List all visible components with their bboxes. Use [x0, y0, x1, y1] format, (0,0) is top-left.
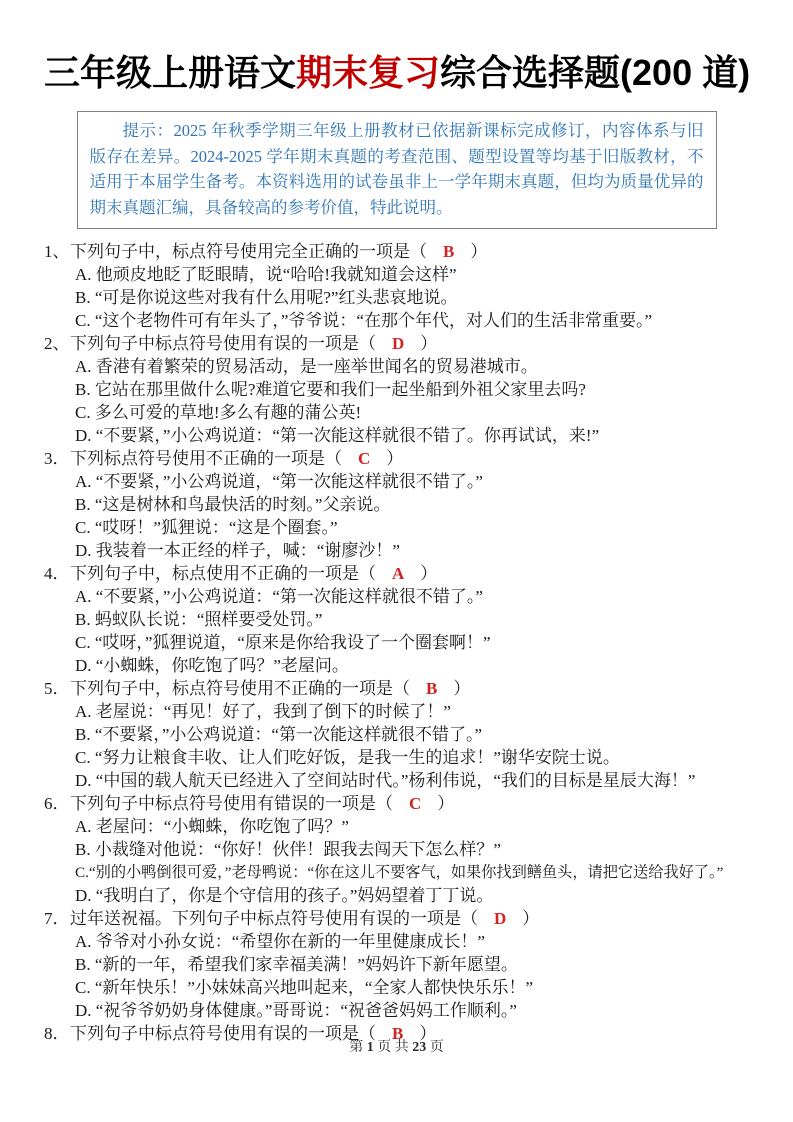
question-option: C. “哎呀！”狐狸说：“这是个圈套。”: [44, 516, 749, 539]
question-stem-close: ）: [386, 449, 403, 468]
footer-page-number: 1: [367, 1040, 374, 1055]
question-number: 4．: [44, 562, 70, 585]
question-stem-close: ）: [470, 242, 487, 261]
question-number: 5．: [44, 677, 70, 700]
question-option: A. 老屋说：“再见！好了，我到了倒下的时候了！”: [44, 700, 749, 723]
question-stem-text: 下列句子中标点符号使用有错误的一项是（: [70, 794, 393, 813]
question-option: B. “新的一年，希望我们家幸福美满！”妈妈许下新年愿望。: [44, 953, 749, 976]
question-option: A. 爷爷对小孙女说：“希望你在新的一年里健康成长！”: [44, 930, 749, 953]
title-prefix: 三年级上册语文: [44, 52, 296, 93]
question-stem-text: 过年送祝福。下列句子中标点符号使用有误的一项是（: [70, 909, 478, 928]
notice-box: 提示：2025 年秋季学期三年级上册教材已依据新课标完成修订，内容体系与旧版存在…: [77, 111, 717, 229]
question-option: A. “不要紧，”小公鸡说道：“第一次能这样就很不错了。”: [44, 585, 749, 608]
question-option: D. “不要紧，”小公鸡说道：“第一次能这样就很不错了。你再试试，来!”: [44, 424, 749, 447]
question-stem-text: 下列句子中，标点使用不正确的一项是（: [70, 564, 376, 583]
question-option: B. “可是你说这些对我有什么用呢?”红头悲哀地说。: [44, 286, 749, 309]
question-options: A. 香港有着繁荣的贸易活动，是一座举世闻名的贸易港城市。 B. 它站在那里做什…: [44, 355, 749, 447]
question-stem: 3．下列标点符号使用不正确的一项是（C）: [44, 447, 749, 470]
footer-label-mid: 页 共: [374, 1040, 413, 1055]
answer-letter: C: [358, 449, 370, 468]
question-stem: 5．下列句子中，标点符号使用不正确的一项是（B）: [44, 677, 749, 700]
question-option: C. “努力让粮食丰收、让人们吃好饭，是我一生的追求！”谢华安院士说。: [44, 746, 749, 769]
question-stem-text: 下列句子中标点符号使用有误的一项是（: [70, 334, 376, 353]
question-option: D. “中国的载人航天已经进入了空间站时代。”杨利伟说，“我们的目标是星辰大海！…: [44, 769, 749, 792]
page-footer: 第 1 页 共 23 页: [0, 1036, 793, 1056]
question-option: B. “这是树林和鸟最快活的时刻。”父亲说。: [44, 493, 749, 516]
question-options: A. 他顽皮地眨了眨眼睛，说“哈哈!我就知道会这样” B. “可是你说这些对我有…: [44, 263, 749, 332]
question-options: A. 爷爷对小孙女说：“希望你在新的一年里健康成长！” B. “新的一年，希望我…: [44, 930, 749, 1022]
question-option: B. 小裁缝对他说：“你好！伙伴！跟我去闯天下怎么样？”: [44, 838, 749, 861]
question-option: A. “不要紧，”小公鸡说道，“第一次能这样就很不错了。”: [44, 470, 749, 493]
question-option: A. 香港有着繁荣的贸易活动，是一座举世闻名的贸易港城市。: [44, 355, 749, 378]
question-stem-close: ）: [420, 564, 437, 583]
question-stem-close: ）: [453, 679, 470, 698]
question-option: D. “我明白了，你是个守信用的孩子。”妈妈望着丁丁说。: [44, 884, 749, 907]
footer-total-pages: 23: [412, 1040, 426, 1055]
question-option: C.“别的小鸭倒很可爱，”老母鸭说：“你在这儿不要客气，如果你找到鳝鱼头，请把它…: [44, 861, 749, 884]
title-highlight: 期末复习: [296, 52, 440, 93]
question-block: 4．下列句子中，标点使用不正确的一项是（A） A. “不要紧，”小公鸡说道：“第…: [44, 562, 749, 677]
answer-letter: B: [443, 242, 454, 261]
question-option: B. 蚂蚁队长说：“照样要受处罚。”: [44, 608, 749, 631]
question-option: D. 我装着一本正经的样子，喊：“谢廖沙！”: [44, 539, 749, 562]
question-options: A. “不要紧，”小公鸡说道，“第一次能这样就很不错了。” B. “这是树林和鸟…: [44, 470, 749, 562]
question-option: C. “哎呀，”狐狸说道，“原来是你给我设了一个圈套啊！”: [44, 631, 749, 654]
question-stem-text: 下列句子中，标点符号使用不正确的一项是（: [70, 679, 410, 698]
question-option: C. 多么可爱的草地!多么有趣的蒲公英!: [44, 401, 749, 424]
answer-letter: D: [494, 909, 506, 928]
question-option: D. “小蜘蛛，你吃饱了吗？”老屋问。: [44, 654, 749, 677]
question-stem-close: ）: [420, 334, 437, 353]
question-option: C. “新年快乐！”小妹妹高兴地叫起来，“全家人都快快乐乐！”: [44, 976, 749, 999]
question-block: 6．下列句子中标点符号使用有错误的一项是（C） A. 老屋问：“小蜘蛛，你吃饱了…: [44, 792, 749, 907]
question-list: 1、下列句子中，标点符号使用完全正确的一项是（B） A. 他顽皮地眨了眨眼睛，说…: [44, 240, 749, 1045]
notice-text: 提示：2025 年秋季学期三年级上册教材已依据新课标完成修订，内容体系与旧版存在…: [90, 118, 704, 220]
footer-label-prefix: 第: [349, 1040, 367, 1055]
question-option: A. 老屋问：“小蜘蛛，你吃饱了吗？”: [44, 815, 749, 838]
question-number: 3．: [44, 447, 70, 470]
question-option: C. “这个老物件可有年头了，”爷爷说：“在那个年代，对人们的生活非常重要。”: [44, 309, 749, 332]
question-stem: 7．过年送祝福。下列句子中标点符号使用有误的一项是（D）: [44, 907, 749, 930]
question-options: A. 老屋说：“再见！好了，我到了倒下的时候了！” B. “不要紧，”小公鸡说道…: [44, 700, 749, 792]
question-stem-close: ）: [437, 794, 454, 813]
question-number: 7．: [44, 907, 70, 930]
question-block: 5．下列句子中，标点符号使用不正确的一项是（B） A. 老屋说：“再见！好了，我…: [44, 677, 749, 792]
question-number: 1、: [44, 240, 70, 263]
answer-letter: A: [392, 564, 404, 583]
question-block: 7．过年送祝福。下列句子中标点符号使用有误的一项是（D） A. 爷爷对小孙女说：…: [44, 907, 749, 1022]
page-title: 三年级上册语文期末复习综合选择题(200 道): [44, 50, 749, 95]
question-number: 6．: [44, 792, 70, 815]
question-number: 2、: [44, 332, 70, 355]
question-option: B. “不要紧，”小公鸡说道：“第一次能这样就很不错了。”: [44, 723, 749, 746]
question-option: B. 它站在那里做什么呢?难道它要和我们一起坐船到外祖父家里去吗?: [44, 378, 749, 401]
question-block: 2、下列句子中标点符号使用有误的一项是（D） A. 香港有着繁荣的贸易活动，是一…: [44, 332, 749, 447]
question-options: A. 老屋问：“小蜘蛛，你吃饱了吗？” B. 小裁缝对他说：“你好！伙伴！跟我去…: [44, 815, 749, 907]
question-option: D. “祝爷爷奶奶身体健康。”哥哥说：“祝爸爸妈妈工作顺利。”: [44, 999, 749, 1022]
footer-label-suffix: 页: [426, 1040, 444, 1055]
answer-letter: D: [392, 334, 404, 353]
title-suffix: 综合选择题(200 道): [440, 52, 750, 93]
question-block: 3．下列标点符号使用不正确的一项是（C） A. “不要紧，”小公鸡说道，“第一次…: [44, 447, 749, 562]
question-stem: 1、下列句子中，标点符号使用完全正确的一项是（B）: [44, 240, 749, 263]
answer-letter: B: [426, 679, 437, 698]
question-stem: 4．下列句子中，标点使用不正确的一项是（A）: [44, 562, 749, 585]
answer-letter: C: [409, 794, 421, 813]
question-stem-close: ）: [522, 909, 539, 928]
question-option: A. 他顽皮地眨了眨眼睛，说“哈哈!我就知道会这样”: [44, 263, 749, 286]
question-stem: 2、下列句子中标点符号使用有误的一项是（D）: [44, 332, 749, 355]
worksheet-page: 三年级上册语文期末复习综合选择题(200 道) 提示：2025 年秋季学期三年级…: [0, 0, 793, 1122]
question-block: 1、下列句子中，标点符号使用完全正确的一项是（B） A. 他顽皮地眨了眨眼睛，说…: [44, 240, 749, 332]
question-stem-text: 下列句子中，标点符号使用完全正确的一项是（: [70, 242, 427, 261]
question-options: A. “不要紧，”小公鸡说道：“第一次能这样就很不错了。” B. 蚂蚁队长说：“…: [44, 585, 749, 677]
question-stem: 6．下列句子中标点符号使用有错误的一项是（C）: [44, 792, 749, 815]
question-stem-text: 下列标点符号使用不正确的一项是（: [70, 449, 342, 468]
